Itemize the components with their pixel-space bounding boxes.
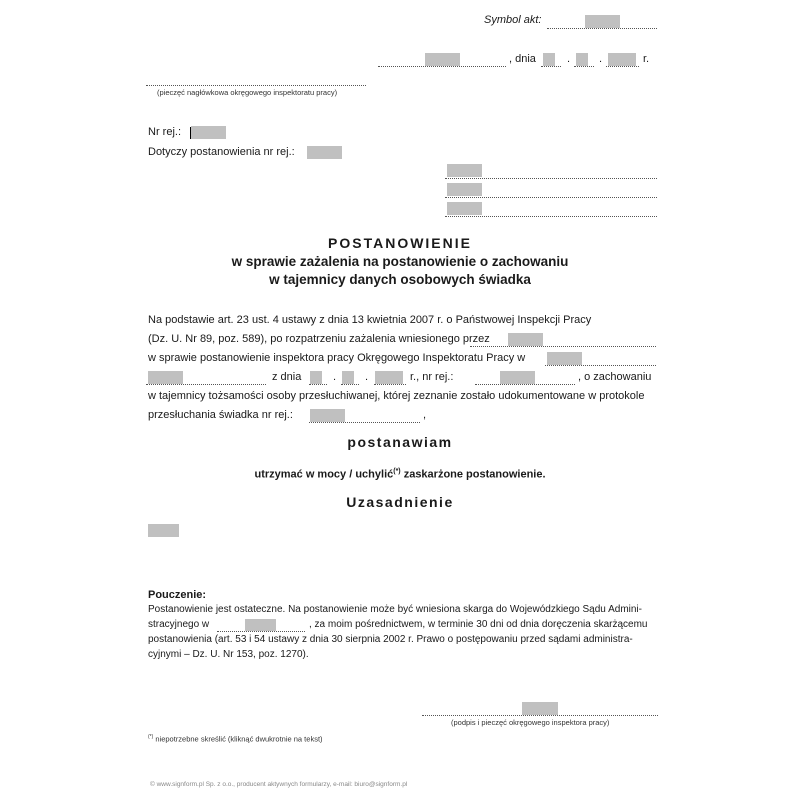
complainant-field[interactable] <box>508 333 543 346</box>
month-underline <box>574 66 594 67</box>
footnote: (*) niepotrzebne skreślić (kliknąć dwukr… <box>148 734 323 744</box>
decision-day-underline <box>309 384 327 385</box>
date-separator: . <box>599 53 602 65</box>
addressee-line-1[interactable] <box>447 164 482 177</box>
place-field[interactable] <box>425 53 460 66</box>
z-dnia-label: z dnia <box>272 371 301 383</box>
year-suffix: r. <box>643 53 649 65</box>
inspector-underline <box>146 384 266 385</box>
addressee-line-3[interactable] <box>447 202 482 215</box>
document-subtitle-2: w tajemnicy danych osobowych świadka <box>0 272 800 287</box>
year-field[interactable] <box>608 53 636 66</box>
instruction-line-2-end: , za moim pośrednictwem, w terminie 30 d… <box>309 619 648 630</box>
instruction-line-3: postanowienia (art. 53 i 54 ustawy z dni… <box>148 634 633 645</box>
document-title: POSTANOWIENIE <box>0 235 800 251</box>
date-prefix: , dnia <box>509 53 536 65</box>
body-line-2: (Dz. U. Nr 89, poz. 589), po rozpatrzeni… <box>148 333 490 345</box>
justification-field[interactable] <box>148 524 179 537</box>
copyright-footer: © www.signform.pl Sp. z o.o., producent … <box>150 781 407 788</box>
addressee-underline-1 <box>445 178 657 179</box>
instruction-line-1: Postanowienie jest ostateczne. Na postan… <box>148 604 642 615</box>
footnote-text: niepotrzebne skreślić (kliknąć dwukrotni… <box>153 735 322 744</box>
document-subtitle-1: w sprawie zażalenia na postanowienie o z… <box>0 254 800 269</box>
signature-field[interactable] <box>522 702 558 715</box>
year-underline <box>606 66 639 67</box>
decision-year-underline <box>374 384 406 385</box>
oip-city-field[interactable] <box>547 352 582 365</box>
body-line-6: przesłuchania świadka nr rej.: <box>148 409 293 421</box>
dotyczy-label: Dotyczy postanowienia nr rej.: <box>148 146 295 158</box>
decision-text[interactable]: utrzymać w mocy / uchylić(*) zaskarżone … <box>0 468 800 481</box>
instruction-heading: Pouczenie: <box>148 589 206 601</box>
decision-text-after: zaskarżone postanowienie. <box>401 469 546 481</box>
decision-nr-rej-underline <box>475 384 575 385</box>
signature-line <box>422 715 658 716</box>
inspector-field[interactable] <box>148 371 183 384</box>
nr-rej-label: Nr rej.: <box>148 126 181 138</box>
addressee-underline-2 <box>445 197 657 198</box>
oip-city-underline <box>545 365 656 366</box>
witness-nr-field[interactable] <box>310 409 345 422</box>
decision-month-underline <box>341 384 359 385</box>
body-line-1: Na podstawie art. 23 ust. 4 ustawy z dni… <box>148 314 591 326</box>
instruction-line-2-start: stracyjnego w <box>148 619 209 630</box>
day-underline <box>541 66 561 67</box>
date-separator: . <box>567 53 570 65</box>
nr-rej-field[interactable] <box>191 126 226 139</box>
date-separator: . <box>333 371 336 383</box>
decision-year-field[interactable] <box>375 371 403 384</box>
decision-nr-rej-field[interactable] <box>500 371 535 384</box>
comma: , <box>423 409 426 421</box>
court-city-field[interactable] <box>245 619 276 631</box>
nr-rej-inline-label: r., nr rej.: <box>410 371 453 383</box>
body-line-5: w tajemnicy tożsamości osoby przesłuchiw… <box>148 390 644 402</box>
place-underline <box>378 66 506 67</box>
decision-day-field[interactable] <box>310 371 322 384</box>
addressee-line-2[interactable] <box>447 183 482 196</box>
complainant-underline <box>470 346 656 347</box>
stamp-caption: (pieczęć nagłówkowa okręgowego inspektor… <box>157 88 337 97</box>
body-line-4-end: , o zachowaniu <box>578 371 651 383</box>
dotyczy-field[interactable] <box>307 146 342 159</box>
signature-caption: (podpis i pieczęć okręgowego inspektora … <box>451 718 609 727</box>
decision-heading: postanawiam <box>0 434 800 450</box>
stamp-line <box>146 85 366 86</box>
body-line-3: w sprawie postanowienie inspektora pracy… <box>148 352 525 364</box>
court-city-underline <box>217 631 305 632</box>
decision-text-before: utrzymać w mocy / uchylić <box>254 469 393 481</box>
addressee-underline-3 <box>445 216 657 217</box>
decision-month-field[interactable] <box>342 371 354 384</box>
decision-footnote-mark: (*) <box>393 468 400 475</box>
day-field[interactable] <box>543 53 555 66</box>
instruction-line-4: cyjnymi – Dz. U. Nr 153, poz. 1270). <box>148 649 309 660</box>
month-field[interactable] <box>576 53 588 66</box>
symbol-akt-underline <box>547 28 657 29</box>
witness-nr-underline <box>309 422 420 423</box>
symbol-akt-field[interactable] <box>585 15 620 28</box>
justification-heading: Uzasadnienie <box>0 494 800 510</box>
symbol-akt-label: Symbol akt: <box>484 14 541 26</box>
date-separator: . <box>365 371 368 383</box>
